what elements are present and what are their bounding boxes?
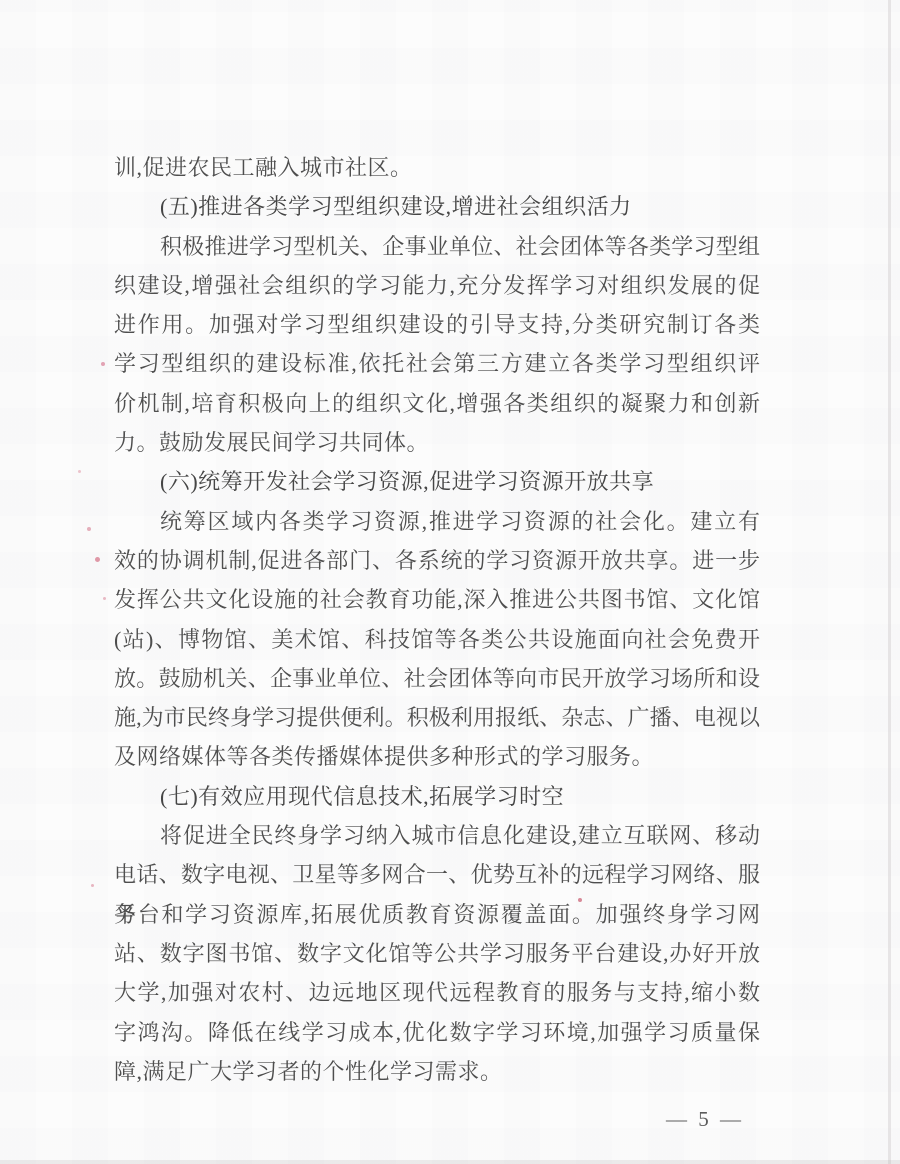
text-line: 电话、数字电视、卫星等多网合一、优势互补的远程学习网络、服务 [114,855,760,894]
scan-speck [95,557,100,562]
text-line: 平台和学习资源库,拓展优质教育资源覆盖面。加强终身学习网 [114,895,760,934]
text-line: 训,促进农民工融入城市社区。 [114,148,760,187]
scan-speck [101,362,105,366]
scan-speck [78,470,81,473]
text-line: 发挥公共文化设施的社会教育功能,深入推进公共图书馆、文化馆 [114,580,760,619]
text-line: 大学,加强对农村、边远地区现代远程教育的服务与支持,缩小数 [114,973,760,1012]
scan-speck [91,884,94,887]
section-heading: (五)推进各类学习型组织建设,增进社会组织活力 [114,187,760,226]
text-line: 学习型组织的建设标准,依托社会第三方建立各类学习型组织评 [114,344,760,383]
text-line: 统筹区域内各类学习资源,推进学习资源的社会化。建立有 [114,502,760,541]
scan-edge-artifact-right [888,0,891,1164]
text-line: 放。鼓励机关、企事业单位、社会团体等向市民开放学习场所和设 [114,659,760,698]
section-heading: (七)有效应用现代信息技术,拓展学习时空 [114,777,760,816]
text-line: 施,为市民终身学习提供便利。积极利用报纸、杂志、广播、电视以 [114,698,760,737]
scan-speck [87,527,91,531]
text-line: 织建设,增强社会组织的学习能力,充分发挥学习对组织发展的促 [114,266,760,305]
text-line: 字鸿沟。降低在线学习成本,优化数字学习环境,加强学习质量保 [114,1013,760,1052]
document-body: 训,促进农民工融入城市社区。(五)推进各类学习型组织建设,增进社会组织活力积极推… [114,148,760,1091]
page-number: — 5 — [666,1104,744,1134]
text-line: 站、数字图书馆、数字文化馆等公共学习服务平台建设,办好开放 [114,934,760,973]
scan-edge-artifact-bottom [0,1160,900,1164]
text-line: 积极推进学习型机关、企事业单位、社会团体等各类学习型组 [114,227,760,266]
text-line: 力。鼓励发展民间学习共同体。 [114,423,760,462]
text-line: 障,满足广大学习者的个性化学习需求。 [114,1052,760,1091]
text-line: 价机制,培育积极向上的组织文化,增强各类组织的凝聚力和创新 [114,384,760,423]
text-line: 效的协调机制,促进各部门、各系统的学习资源开放共享。进一步 [114,541,760,580]
scanned-document-page: 训,促进农民工融入城市社区。(五)推进各类学习型组织建设,增进社会组织活力积极推… [0,0,900,1164]
section-heading: (六)统筹开发社会学习资源,促进学习资源开放共享 [114,462,760,501]
text-line: 进作用。加强对学习型组织建设的引导支持,分类研究制订各类 [114,305,760,344]
text-line: 将促进全民终身学习纳入城市信息化建设,建立互联网、移动 [114,816,760,855]
text-line: (站)、博物馆、美术馆、科技馆等各类公共设施面向社会免费开 [114,620,760,659]
text-line: 及网络媒体等各类传播媒体提供多种形式的学习服务。 [114,737,760,776]
scan-speck [578,898,582,902]
scan-speck [103,597,106,600]
